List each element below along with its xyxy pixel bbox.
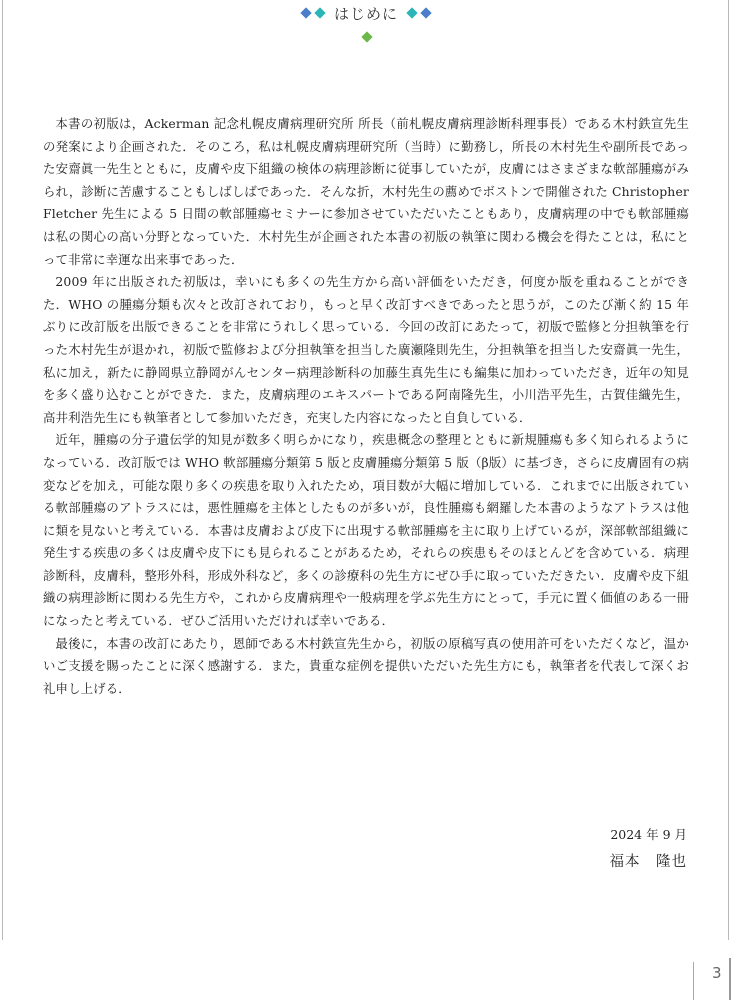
page-title: はじめに	[334, 3, 398, 24]
preface-body: 本書の初版は，Ackerman 記念札幌皮膚病理研究所 所長（前札幌皮膚病理診断…	[43, 113, 689, 700]
signature-author: 福本 隆也	[610, 850, 688, 871]
blue-diamond-icon	[300, 7, 311, 18]
footer-edge-rule	[729, 958, 731, 1000]
teal-diamond-icon	[406, 7, 417, 18]
blue-diamond-icon	[420, 7, 431, 18]
footer-rule	[693, 962, 694, 1000]
ornament-right	[406, 9, 432, 17]
paragraph: 最後に，本書の改訂にあたり，恩師である木村鉄宣先生から，初版の原稿写真の使用許可…	[43, 633, 689, 701]
page-frame-left	[2, 0, 3, 940]
paragraph: 本書の初版は，Ackerman 記念札幌皮膚病理研究所 所長（前札幌皮膚病理診断…	[43, 113, 689, 271]
section-header: はじめに	[0, 2, 732, 24]
page-number: 3	[712, 964, 722, 982]
green-diamond-icon	[361, 31, 372, 42]
signature-date: 2024 年 9 月	[610, 825, 687, 843]
teal-diamond-icon	[314, 7, 325, 18]
paragraph: 2009 年に出版された初版は，幸いにも多くの先生方から高い評価をいただき，何度…	[43, 271, 689, 429]
page-frame-right	[728, 0, 729, 940]
paragraph: 近年，腫瘍の分子遺伝学的知見が数多く明らかになり，疾患概念の整理とともに新規腫瘍…	[43, 429, 689, 632]
ornament-left	[300, 9, 326, 17]
